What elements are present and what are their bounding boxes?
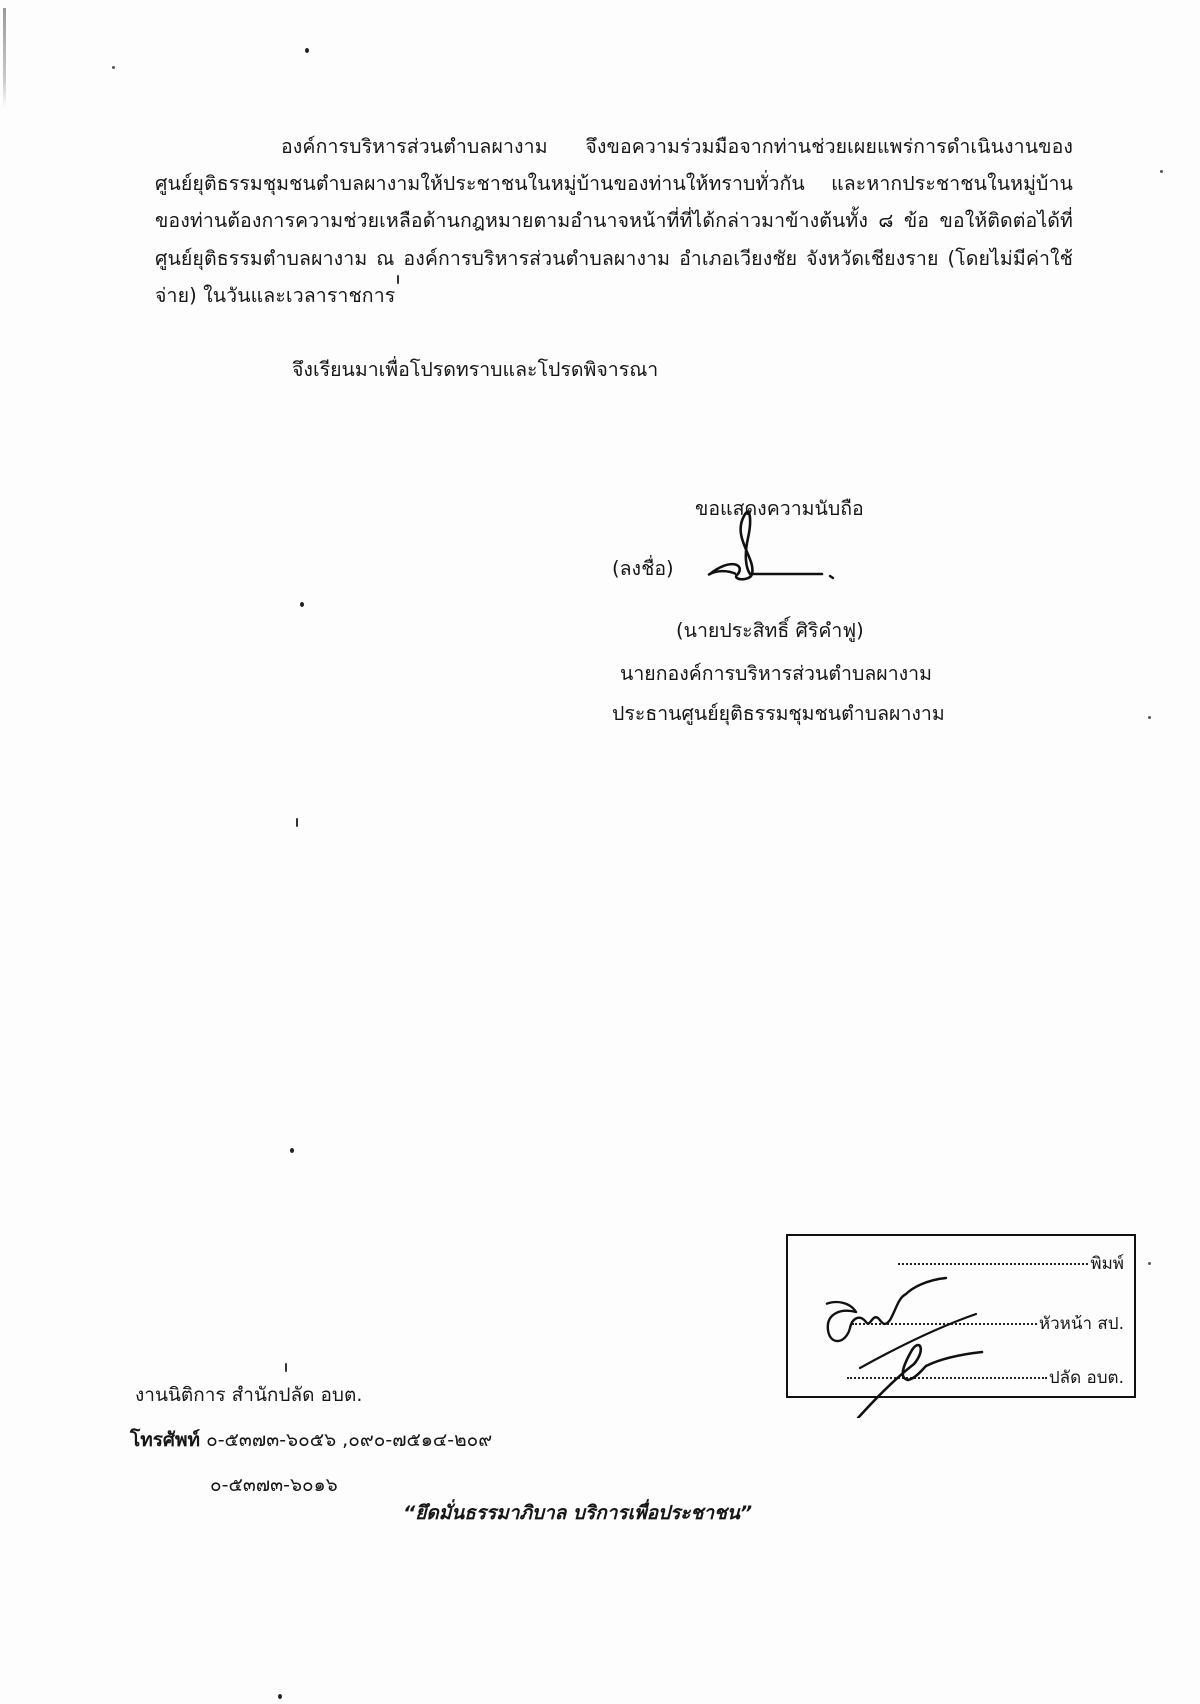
department-text: งานนิติการ สำนักปลัด อบต.: [135, 1380, 362, 1410]
motto-text: “ยึดมั่นธรรมาภิบาล บริการเพื่อประชาชน”: [403, 1498, 752, 1528]
body-text: องค์การบริหารส่วนตำบลผางาม จึงขอความร่วม…: [155, 135, 1073, 307]
dotted-line: [898, 1262, 1088, 1265]
scan-speck: [300, 602, 304, 607]
closing-line: จึงเรียนมาเพื่อโปรดทราบและโปรดพิจารณา: [292, 354, 658, 385]
scan-edge-mark: [3, 8, 6, 108]
approval-label: ปลัด อบต.: [1049, 1364, 1124, 1391]
body-paragraph: องค์การบริหารส่วนตำบลผางาม จึงขอความร่วม…: [155, 128, 1073, 314]
phone-line-2: ๐-๕๓๗๓-๖๐๑๖: [210, 1470, 338, 1500]
scan-speck: [305, 48, 309, 53]
approval-row-typist: พิมพ์: [898, 1250, 1124, 1277]
approval-label: พิมพ์: [1090, 1250, 1124, 1277]
scan-speck: [1148, 1262, 1151, 1265]
sign-label: (ลงชื่อ): [612, 553, 674, 584]
dotted-line: [852, 1322, 1037, 1325]
signer-title: นายกองค์การบริหารส่วนตำบลผางาม: [620, 658, 932, 689]
scan-speck: [296, 818, 298, 827]
signer-role: ประธานศูนย์ยุติธรรมชุมชนตำบลผางาม: [612, 698, 945, 729]
approval-box: พิมพ์ หัวหน้า สป. ปลัด อบต.: [786, 1234, 1136, 1398]
scan-speck: [285, 1363, 287, 1372]
approval-label: หัวหน้า สป.: [1039, 1310, 1124, 1337]
phone-line: โทรศัพท์ ๐-๕๓๗๓-๖๐๕๖ ,๐๙๐-๗๕๑๔-๒๐๙: [130, 1425, 492, 1455]
scan-speck: [1160, 170, 1163, 173]
phone-label: โทรศัพท์: [130, 1429, 200, 1451]
dotted-line: [847, 1376, 1047, 1379]
approval-row-chief: ปลัด อบต.: [847, 1364, 1124, 1391]
handwritten-signature-icon: [690, 498, 840, 588]
scan-speck: [278, 1694, 282, 1699]
scan-speck: [290, 1148, 294, 1153]
approval-row-section-head: หัวหน้า สป.: [852, 1310, 1124, 1337]
scan-speck: [112, 66, 115, 69]
phone-numbers: ๐-๕๓๗๓-๖๐๕๖ ,๐๙๐-๗๕๑๔-๒๐๙: [206, 1429, 492, 1451]
scan-speck: [1148, 716, 1151, 719]
document-page: องค์การบริหารส่วนตำบลผางาม จึงขอความร่วม…: [0, 0, 1200, 1704]
signer-name: (นายประสิทธิ์ ศิริคำฟู): [676, 615, 864, 646]
